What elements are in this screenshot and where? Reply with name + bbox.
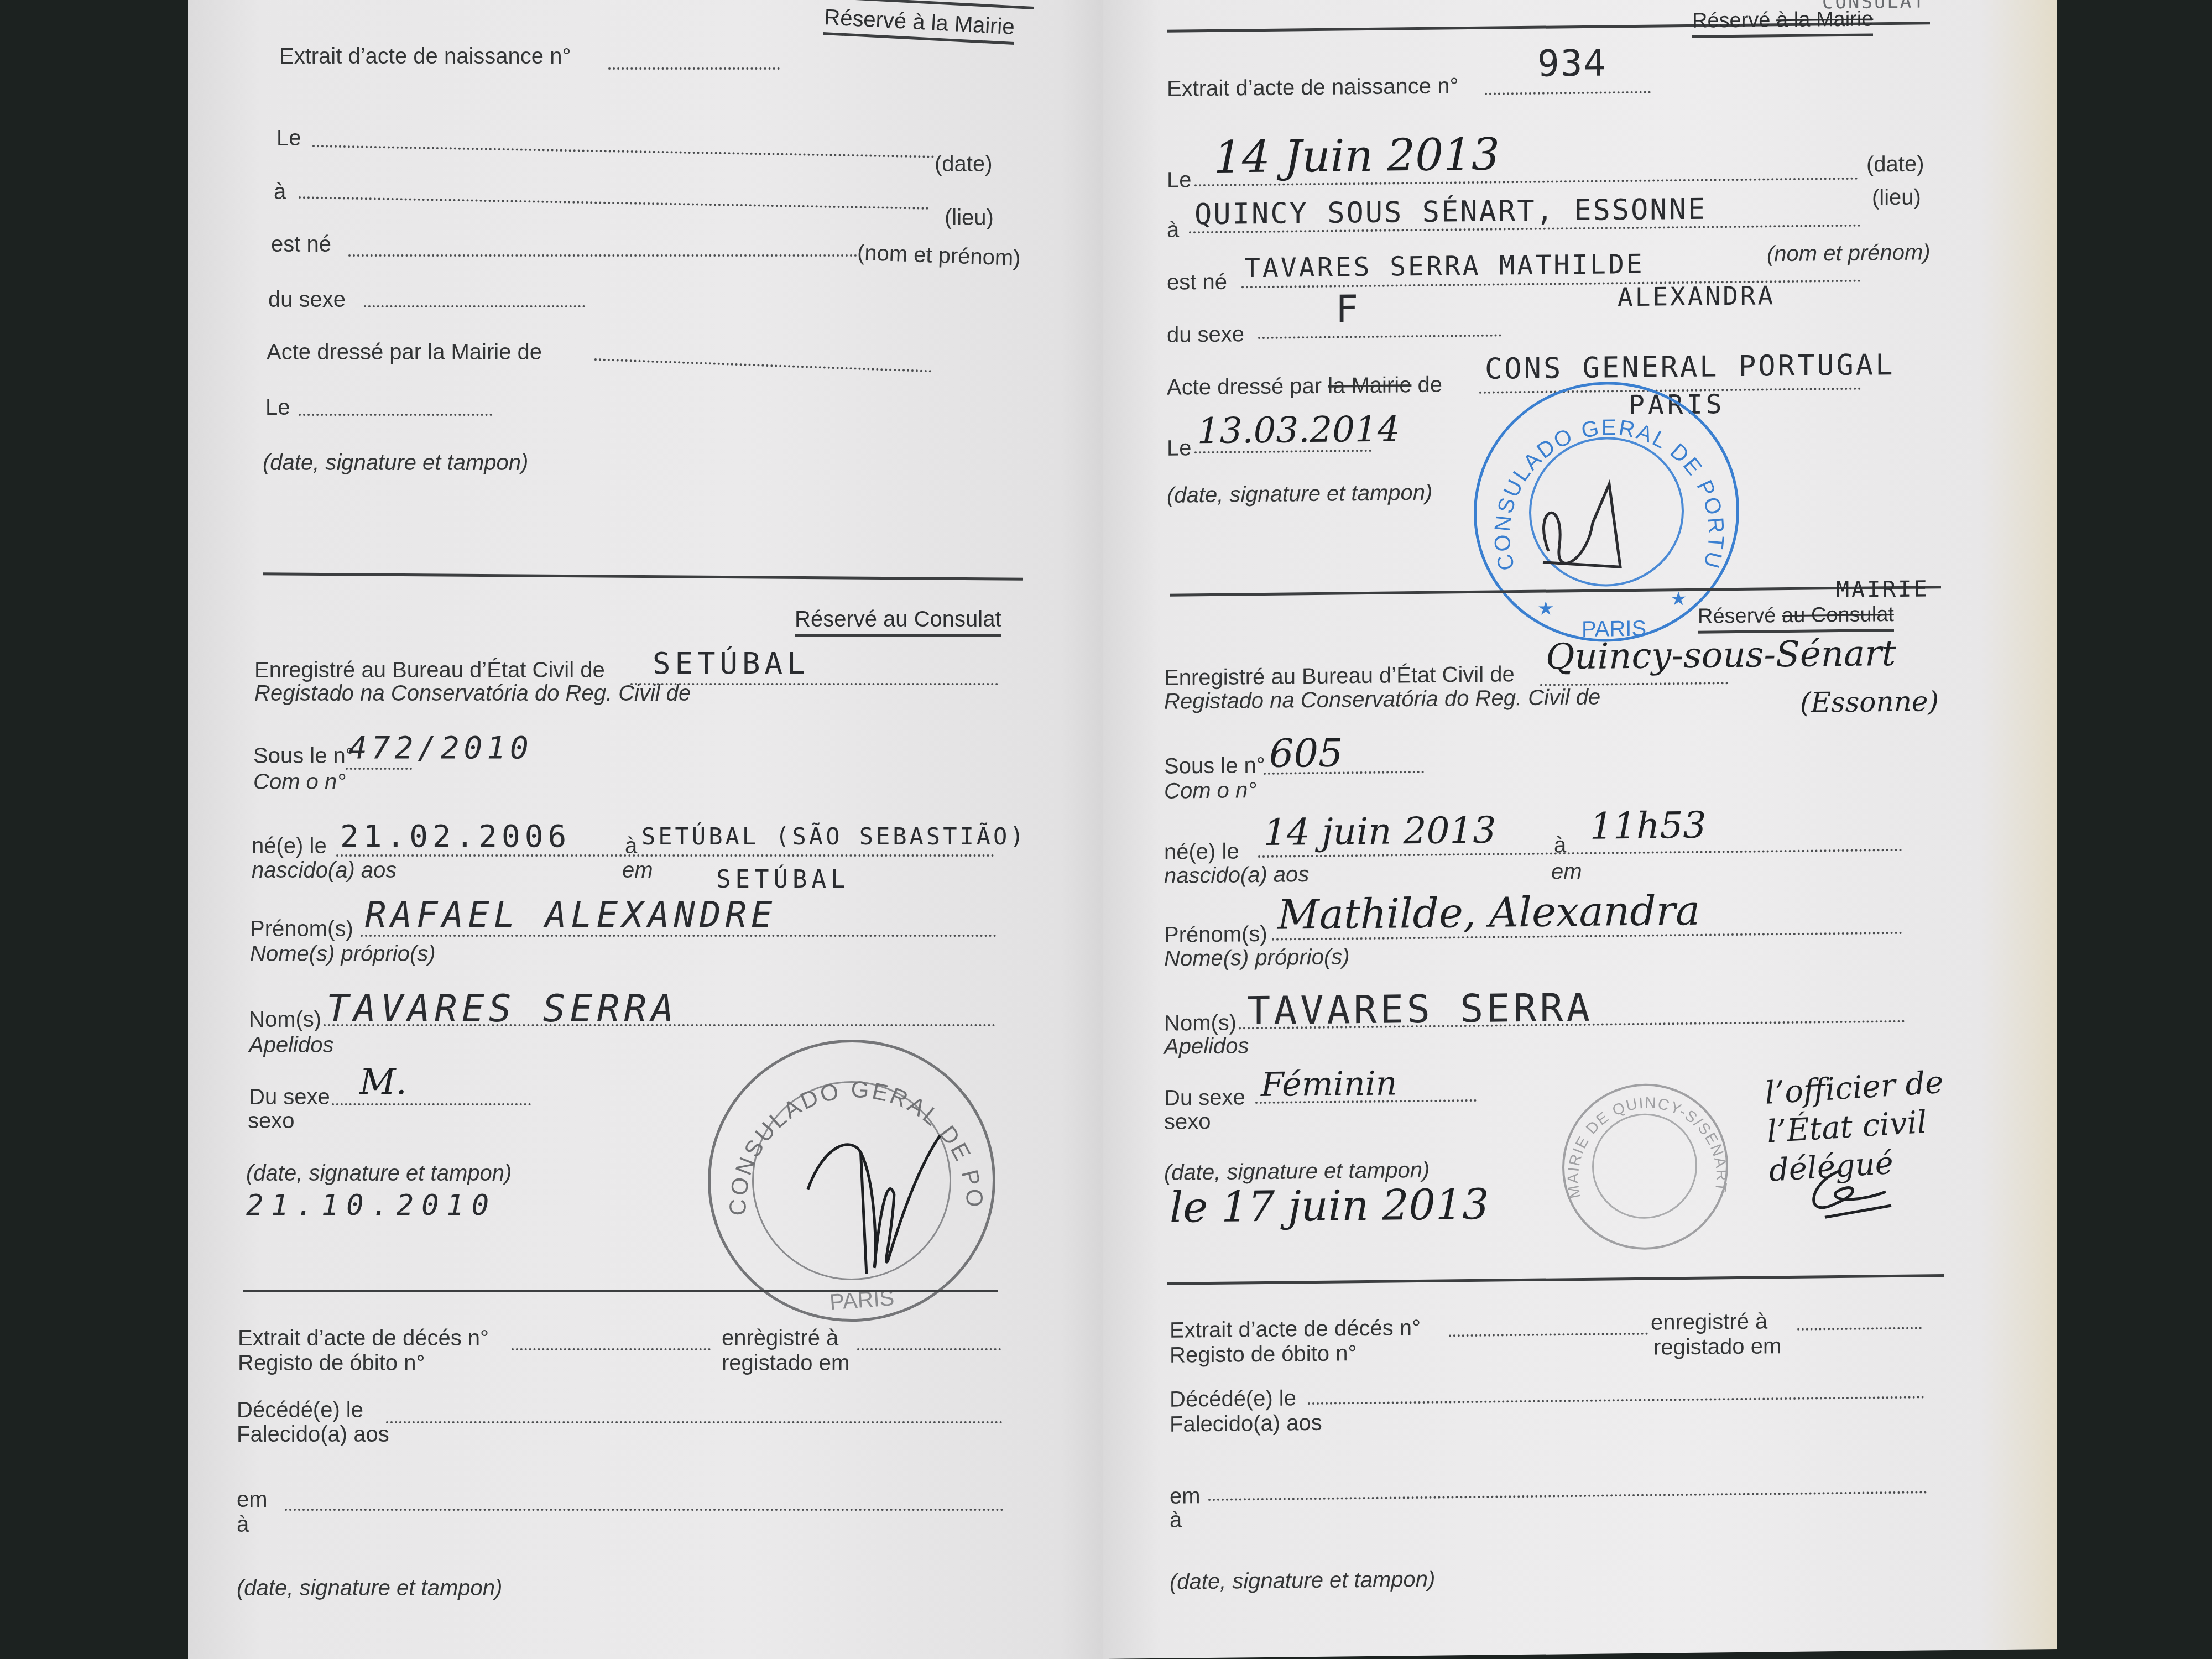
deces-enregistre-field-r[interactable] xyxy=(1797,1327,1922,1331)
deces-enregistre-label-r: enregistré à xyxy=(1651,1309,1767,1335)
reserve-correction-consulat: CONSULAT xyxy=(1822,0,1926,13)
em-label-consulat: em xyxy=(622,858,653,883)
deces-em-label-r: em xyxy=(1170,1484,1201,1509)
le2-value-r: 13.03.2014 xyxy=(1197,409,1400,452)
lieu-field[interactable] xyxy=(299,196,929,210)
deces-sign-label-r: (date, signature et tampon) xyxy=(1170,1567,1435,1595)
sexo-label-r: sexo xyxy=(1164,1109,1211,1135)
ne-le-field[interactable] xyxy=(336,854,994,857)
deces-a-label-r: à xyxy=(1170,1508,1182,1533)
sous-le-label: Sous le n° xyxy=(253,744,354,769)
du-sexe-value-r: Féminin xyxy=(1261,1064,1397,1104)
deces-enregistre-field[interactable] xyxy=(857,1348,1001,1350)
date-suffix-r: (date) xyxy=(1866,152,1924,177)
consulate-stamp-gray: CONSULADO GERAL DE PORTUGAL PARIS xyxy=(698,1030,1005,1331)
ne-le-label-r: né(e) le xyxy=(1164,839,1239,864)
nom-value-r: TAVARES SERRA xyxy=(1247,985,1593,1034)
enregistre-label: Enregistré au Bureau d’État Civil de xyxy=(254,658,605,683)
reserve-mairie-header: Réservé à la Mairie xyxy=(823,5,1015,45)
le-label-r: Le xyxy=(1167,168,1192,192)
enregistre-value: SETÚBAL xyxy=(653,646,810,681)
deces-enregistre-label: enrègistré à xyxy=(722,1326,838,1351)
le-date-field[interactable] xyxy=(312,145,935,158)
consulat-sign-label: (date, signature et tampon) xyxy=(246,1161,512,1186)
nom-prenom-suffix: (nom et prénom) xyxy=(857,241,1021,271)
registo-obito-label-r: Registo de óbito n° xyxy=(1170,1341,1357,1368)
du-sexe-field[interactable] xyxy=(332,1103,531,1105)
enregistre-field[interactable] xyxy=(630,683,998,685)
prenom-value: RAFAEL ALEXANDRE xyxy=(365,895,777,936)
enregistre-value-r: Quincy-sous-Sénart xyxy=(1546,633,1896,678)
nom-label: Nom(s) xyxy=(249,1008,321,1032)
a-label: à xyxy=(274,180,286,205)
extrait-naissance-label: Extrait d’acte de naissance n° xyxy=(279,44,571,69)
reserve-correction-mairie: MAIRIE xyxy=(1836,576,1929,603)
deces-extrait-field[interactable] xyxy=(512,1348,711,1350)
com-o-label-r: Com o n° xyxy=(1164,778,1256,804)
sexe-field[interactable] xyxy=(364,305,585,307)
deces-em-field[interactable] xyxy=(285,1509,1004,1511)
registo-obito-label: Registo de óbito n° xyxy=(238,1351,425,1376)
mairie-sign-label-r: (date, signature et tampon) xyxy=(1167,481,1432,508)
apelidos-label-r: Apelidos xyxy=(1164,1034,1249,1060)
a-value-r: 11h53 xyxy=(1590,804,1706,848)
est-ne-value-r: TAVARES SERRA MATHILDE xyxy=(1244,249,1645,284)
sexo-label: sexo xyxy=(248,1109,295,1134)
right-page: Réservé à la Mairie CONSULAT Extrait d’a… xyxy=(1103,0,2057,1659)
reserve-header-consulat-r: Réservé au Consulat xyxy=(1698,603,1894,634)
le-value-r: 14 Juin 2013 xyxy=(1214,128,1500,182)
reserve-prefix: Réservé xyxy=(1692,8,1771,32)
reserve-prefix-2: Réservé xyxy=(1698,604,1776,628)
apelidos-label: Apelidos xyxy=(249,1033,333,1058)
registado-label-r: Registado na Conservatória do Reg. Civil… xyxy=(1164,685,1600,714)
registado-em-label-r: registado em xyxy=(1653,1334,1781,1360)
le2-label: Le xyxy=(265,395,290,420)
a-value: SETÚBAL (SÃO SEBASTIÃO) xyxy=(641,823,1027,850)
acte-prefix: Acte dressé par xyxy=(1167,374,1322,400)
officer-signature-icon xyxy=(1797,1159,1908,1226)
extrait-naissance-label-r: Extrait d’acte de naissance n° xyxy=(1167,74,1458,102)
a-label-consulat: à xyxy=(625,834,637,859)
deces-a-label: à xyxy=(237,1512,249,1537)
enregistre-field-r[interactable] xyxy=(1540,682,1728,686)
sexe-label: du sexe xyxy=(268,288,346,312)
enregistre-value2-r: (Essonne) xyxy=(1800,685,1939,719)
sous-le-field[interactable] xyxy=(346,768,412,770)
sous-le-value: 472/2010 xyxy=(348,730,533,766)
mairie-stamp-text: MAIRIE DE QUINCY-S/SENART xyxy=(1564,1085,1730,1253)
le-label: Le xyxy=(276,126,301,151)
decede-field-r[interactable] xyxy=(1308,1396,1924,1405)
section-rule-1 xyxy=(263,572,1023,581)
em-label-r2: em xyxy=(1551,859,1582,885)
consul-signature-icon xyxy=(701,1032,1008,1334)
decede-label: Décédé(e) le xyxy=(237,1398,363,1423)
acte-dresse-field[interactable] xyxy=(594,358,932,372)
deces-extrait-field-r[interactable] xyxy=(1449,1333,1648,1337)
ne-le-value: 21.02.2006 xyxy=(340,818,571,854)
le2-label-r: Le xyxy=(1167,436,1192,461)
nascido-label-r: nascido(a) aos xyxy=(1164,862,1309,889)
sexe-label-r: du sexe xyxy=(1167,322,1244,347)
lieu-value-r: QUINCY SOUS SÉNART, ESSONNE xyxy=(1194,193,1707,232)
extrait-naissance-value: 934 xyxy=(1537,41,1606,85)
reserve-consulat-header: Réservé au Consulat xyxy=(795,607,1001,637)
falecido-label: Falecido(a) aos xyxy=(237,1422,389,1447)
acte-dresse-value-r: CONS GENERAL PORTUGAL xyxy=(1485,348,1895,386)
mairie-stamp: MAIRIE DE QUINCY-S/SENART xyxy=(1562,1083,1728,1250)
prenom-value-r: Mathilde, Alexandra xyxy=(1277,887,1700,939)
lieu-suffix: (lieu) xyxy=(945,206,994,231)
du-sexe-value: M. xyxy=(359,1062,407,1103)
nom-label-r: Nom(s) xyxy=(1164,1010,1237,1036)
du-sexe-label: Du sexe xyxy=(249,1085,330,1110)
acte-dresse-label-r: Acte dressé par la Mairie de xyxy=(1167,373,1442,400)
est-ne-label-r: est né xyxy=(1167,270,1227,295)
date-suffix: (date) xyxy=(935,152,993,177)
extrait-naissance-field[interactable] xyxy=(608,67,780,70)
ne-le-value-r: 14 juin 2013 xyxy=(1264,809,1496,854)
nome-proprio-label: Nome(s) próprio(s) xyxy=(250,942,436,967)
reserve-struck-2: au Consulat xyxy=(1782,603,1894,627)
le2-field[interactable] xyxy=(299,414,492,416)
mairie-sign-label: (date, signature et tampon) xyxy=(263,451,528,476)
section-rule-2-r xyxy=(1167,1274,1944,1285)
consulat-sign-date: 21.10.2010 xyxy=(246,1189,497,1222)
svg-text:MAIRIE DE QUINCY-S/SENART: MAIRIE DE QUINCY-S/SENART xyxy=(1564,1093,1730,1200)
deces-extrait-label: Extrait d’acte de décés n° xyxy=(238,1326,489,1351)
du-sexe-label-r: Du sexe xyxy=(1164,1085,1245,1111)
acte-struck: la Mairie xyxy=(1328,373,1411,398)
est-ne-label: est né xyxy=(271,232,331,257)
nome-proprio-label-r: Nome(s) próprio(s) xyxy=(1164,945,1350,972)
left-page: Réservé à la Mairie Extrait d’acte de na… xyxy=(188,0,1106,1659)
prenom-label: Prénom(s) xyxy=(250,917,353,942)
sous-le-value-r: 605 xyxy=(1269,730,1343,776)
registado-label: Registado na Conservatória do Reg. Civil… xyxy=(254,681,691,706)
a-label-r2: à xyxy=(1554,833,1566,858)
consulat-sign-date-r: le 17 juin 2013 xyxy=(1170,1180,1489,1232)
acte-suffix: de xyxy=(1418,373,1443,397)
deces-em-field-r[interactable] xyxy=(1208,1491,1927,1501)
extrait-naissance-field-r[interactable] xyxy=(1485,91,1651,95)
decede-label-r: Décédé(e) le xyxy=(1170,1386,1296,1412)
nom-prenom-field[interactable] xyxy=(348,254,857,257)
com-o-label: Com o n° xyxy=(253,770,346,795)
prenom-label-r: Prénom(s) xyxy=(1164,922,1267,948)
registado-em-label: registado em xyxy=(722,1351,849,1376)
decede-field[interactable] xyxy=(386,1421,1003,1423)
falecido-label-r: Falecido(a) aos xyxy=(1170,1411,1322,1437)
a-label-r: à xyxy=(1167,218,1179,243)
nom-value: TAVARES SERRA xyxy=(326,987,678,1031)
sous-le-label-r: Sous le n° xyxy=(1164,753,1265,779)
em-value: SETÚBAL xyxy=(716,865,849,894)
deces-em-label: em xyxy=(237,1488,268,1512)
est-ne-value2-r: ALEXANDRA xyxy=(1618,280,1775,312)
sexe-field-r[interactable] xyxy=(1258,334,1501,339)
section-rule-2 xyxy=(243,1290,998,1292)
nascido-label: nascido(a) aos xyxy=(252,858,397,883)
acte-dresse-label: Acte dressé par la Mairie de xyxy=(267,340,542,365)
deces-sign-label: (date, signature et tampon) xyxy=(237,1576,502,1601)
ne-le-label: né(e) le xyxy=(252,834,327,859)
nom-prenom-suffix-r: (nom et prénom) xyxy=(1767,240,1931,267)
deces-extrait-label-r: Extrait d’acte de décés n° xyxy=(1170,1316,1421,1343)
lieu-suffix-r: (lieu) xyxy=(1872,185,1921,211)
sexe-value-r: F xyxy=(1335,288,1363,332)
consulate-stamp-blue: CONSULADO GERAL DE PORTUGAL PARIS ★ ★ xyxy=(1474,380,1739,643)
